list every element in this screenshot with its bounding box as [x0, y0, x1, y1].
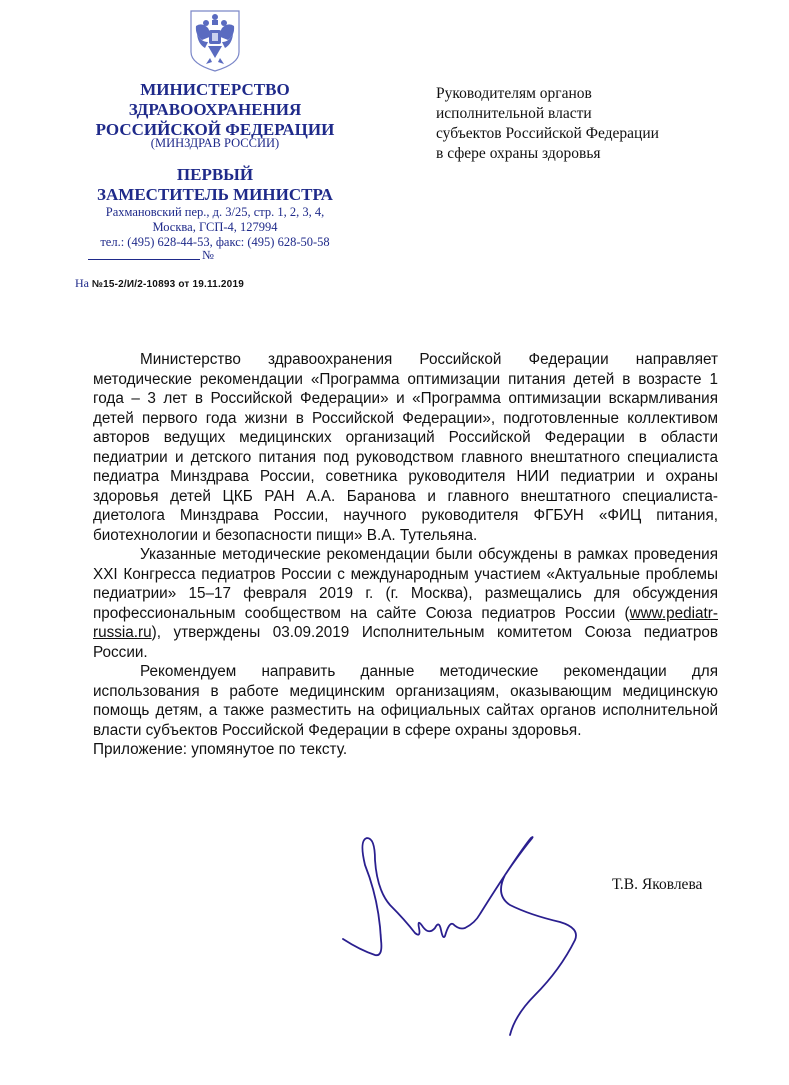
reference-prefix: На — [75, 276, 89, 290]
paragraph-3: Рекомендуем направить данные методически… — [93, 662, 718, 740]
addressee-line: субъектов Российской Федерации — [436, 124, 659, 144]
addressee-line: исполнительной власти — [436, 104, 659, 124]
reference-number: На №15-2/И/2-10893 от 19.11.2019 — [75, 276, 244, 291]
position-title: ПЕРВЫЙ ЗАМЕСТИТЕЛЬ МИНИСТРА — [60, 165, 370, 205]
paragraph-2: Указанные методические рекомендации были… — [93, 545, 718, 662]
coat-of-arms-icon — [188, 8, 242, 74]
paragraph-2-text: Указанные методические рекомендации были… — [93, 546, 718, 622]
ministry-address: Рахмановский пер., д. 3/25, стр. 1, 2, 3… — [60, 205, 370, 250]
ministry-name: МИНИСТЕРСТВО ЗДРАВООХРАНЕНИЯ РОССИЙСКОЙ … — [60, 80, 370, 140]
letter-body: Министерство здравоохранения Российской … — [93, 350, 718, 760]
ministry-short-name: (МИНЗДРАВ РОССИИ) — [60, 136, 370, 151]
position-line: ПЕРВЫЙ — [60, 165, 370, 185]
reference-value: №15-2/И/2-10893 от 19.11.2019 — [92, 279, 244, 290]
addressee-line: Руководителям органов — [436, 84, 659, 104]
signer-name: Т.В. Яковлева — [612, 876, 702, 894]
address-line: Москва, ГСП-4, 127994 — [60, 220, 370, 235]
number-sign: № — [202, 248, 214, 263]
outgoing-number-line — [88, 259, 200, 260]
addressee-line: в сфере охраны здоровья — [436, 144, 659, 164]
position-line: ЗАМЕСТИТЕЛЬ МИНИСТРА — [60, 185, 370, 205]
attachment-note: Приложение: упомянутое по тексту. — [93, 740, 718, 760]
ministry-line: МИНИСТЕРСТВО — [60, 80, 370, 100]
handwritten-signature — [335, 830, 595, 1040]
paragraph-2-text-end: ), утверждены 03.09.2019 Исполнительным … — [93, 624, 718, 661]
paragraph-1: Министерство здравоохранения Российской … — [93, 350, 718, 545]
address-line: тел.: (495) 628-44-53, факс: (495) 628-5… — [60, 235, 370, 250]
address-line: Рахмановский пер., д. 3/25, стр. 1, 2, 3… — [60, 205, 370, 220]
ministry-line: ЗДРАВООХРАНЕНИЯ — [60, 100, 370, 120]
addressee-block: Руководителям органов исполнительной вла… — [436, 84, 659, 164]
